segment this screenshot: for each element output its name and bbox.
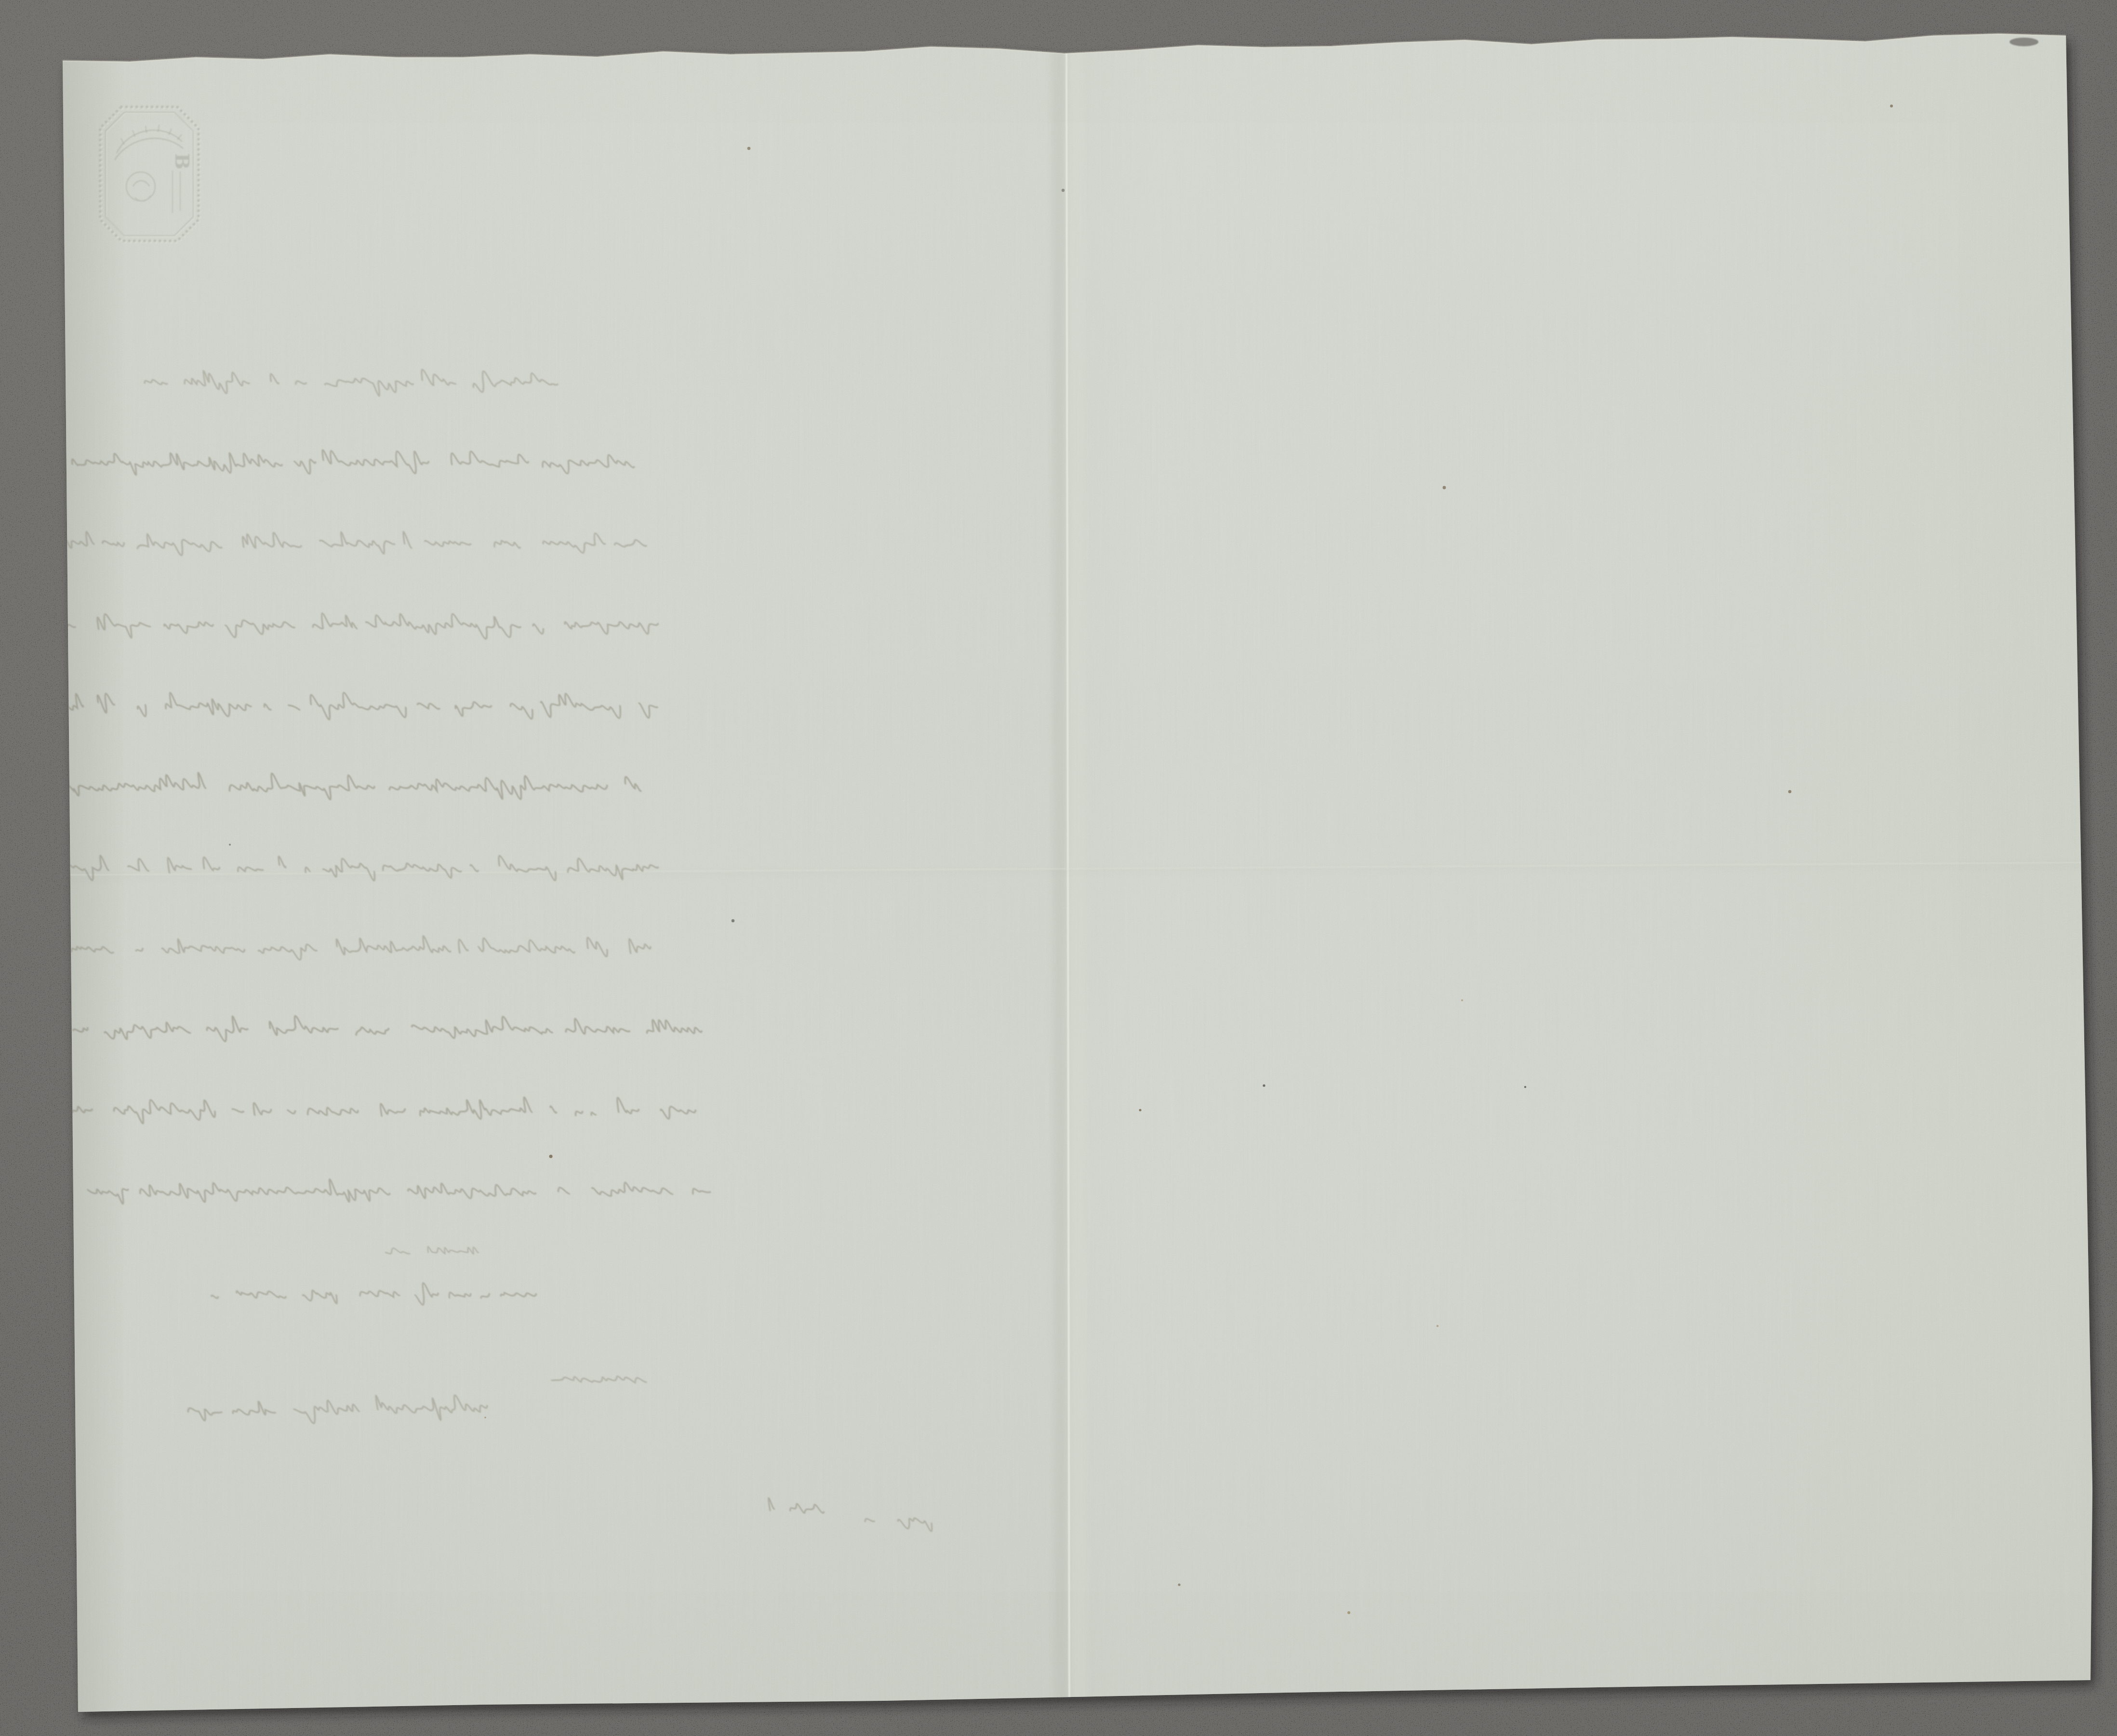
vertical-fold-crease [1058,48,1078,1711]
paper-speck [1788,790,1792,794]
paper-speck [1347,1611,1350,1614]
fold-light-band [1075,48,1078,1711]
paper-speck [1437,1325,1438,1327]
paper-speck [1178,1583,1180,1586]
paper-speck [1062,189,1065,192]
paper-speck [484,1417,486,1418]
paper-speck [1139,1109,1142,1112]
document-scan: B [0,0,2117,1736]
paper-speck [229,844,231,846]
scan-stage: B [0,0,2117,1736]
paper-speck [549,1155,553,1158]
ink-smudge [2010,38,2038,46]
paper-speck [732,919,734,922]
paper-speck [1524,1086,1526,1088]
paper-speck [1443,486,1446,490]
paper-speck [1263,1084,1265,1087]
fold-shadow-band [1058,48,1061,1711]
paper-speck [1890,105,1893,107]
seal-letter: B [171,153,193,172]
paper-speck [1461,999,1463,1001]
paper-speck [747,147,751,150]
